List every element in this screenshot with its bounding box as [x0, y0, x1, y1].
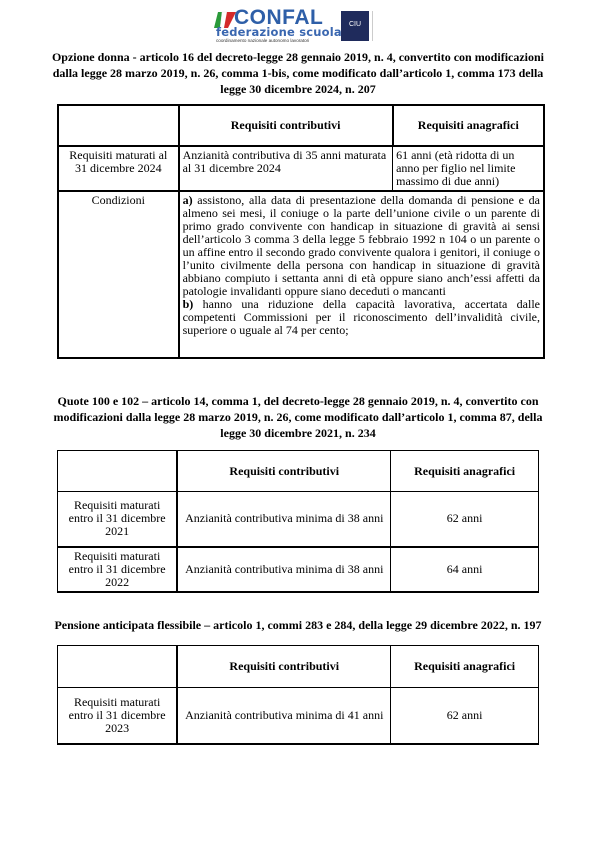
- row-anagrafici: 61 anni (età ridotta di un anno per figl…: [393, 146, 544, 191]
- confal-logo: CONFAL federazione scuola coordinamento …: [214, 8, 374, 42]
- section-heading-opzione-donna: Opzione donna - articolo 16 del decreto-…: [40, 49, 556, 97]
- header-anagrafici: Requisiti anagrafici: [393, 105, 544, 146]
- conditions-label: Condizioni: [58, 191, 179, 358]
- header-contributivi: Requisiti contributivi: [177, 451, 391, 492]
- row-anagrafici: 64 anni: [391, 547, 539, 592]
- logo-divider: [372, 11, 373, 41]
- row-anagrafici: 62 anni: [391, 492, 539, 547]
- conditions-text: a) assistono, alla data di presentazione…: [179, 191, 544, 358]
- section-heading-quote-100-102: Quote 100 e 102 – articolo 14, comma 1, …: [40, 393, 556, 441]
- header-empty: [58, 105, 179, 146]
- condition-b-marker: b): [183, 297, 194, 311]
- condition-a-text: assistono, alla data di presentazione de…: [183, 193, 540, 298]
- table-header-row: Requisiti contributivi Requisiti anagraf…: [58, 646, 539, 688]
- row-label: Requisiti maturati entro il 31 dicembre …: [58, 492, 178, 547]
- table-row: Requisiti maturati al 31 dicembre 2024 A…: [58, 146, 544, 191]
- header-contributivi: Requisiti contributivi: [177, 646, 391, 688]
- table-row: Requisiti maturati entro il 31 dicembre …: [58, 547, 539, 592]
- table-header-row: Requisiti contributivi Requisiti anagraf…: [58, 105, 544, 146]
- table-row: Requisiti maturati entro il 31 dicembre …: [58, 492, 539, 547]
- header-empty: [58, 451, 178, 492]
- row-label: Requisiti maturati entro il 31 dicembre …: [58, 688, 178, 744]
- quote-100-102-table: Requisiti contributivi Requisiti anagraf…: [57, 450, 539, 593]
- row-anagrafici: 62 anni: [391, 688, 539, 744]
- logo-tagline: coordinamento nazionale autonomo lavorat…: [216, 38, 309, 43]
- header-empty: [58, 646, 178, 688]
- pensione-anticipata-table: Requisiti contributivi Requisiti anagraf…: [57, 645, 539, 745]
- row-contributivi: Anzianità contributiva minima di 38 anni: [177, 492, 391, 547]
- row-label: Requisiti maturati al 31 dicembre 2024: [58, 146, 179, 191]
- header-anagrafici: Requisiti anagrafici: [391, 646, 539, 688]
- condition-a-marker: a): [183, 193, 193, 207]
- header-anagrafici: Requisiti anagrafici: [391, 451, 539, 492]
- opzione-donna-table: Requisiti contributivi Requisiti anagraf…: [57, 104, 545, 359]
- ciu-badge-label: CIU: [341, 21, 369, 28]
- row-contributivi: Anzianità contributiva minima di 41 anni: [177, 688, 391, 744]
- header-contributivi: Requisiti contributivi: [179, 105, 393, 146]
- table-row: Requisiti maturati entro il 31 dicembre …: [58, 688, 539, 744]
- ciu-badge-icon: CIU: [341, 11, 369, 41]
- conditions-row: Condizioni a) assistono, alla data di pr…: [58, 191, 544, 358]
- condition-b-text: hanno una riduzione della capacità lavor…: [183, 297, 540, 337]
- table-header-row: Requisiti contributivi Requisiti anagraf…: [58, 451, 539, 492]
- section-heading-pensione-anticipata: Pensione anticipata flessibile – articol…: [40, 617, 556, 633]
- row-contributivi: Anzianità contributiva minima di 38 anni: [177, 547, 391, 592]
- row-label: Requisiti maturati entro il 31 dicembre …: [58, 547, 178, 592]
- row-contributivi: Anzianità contributiva di 35 anni matura…: [179, 146, 393, 191]
- logo-subtitle: federazione scuola: [216, 25, 342, 39]
